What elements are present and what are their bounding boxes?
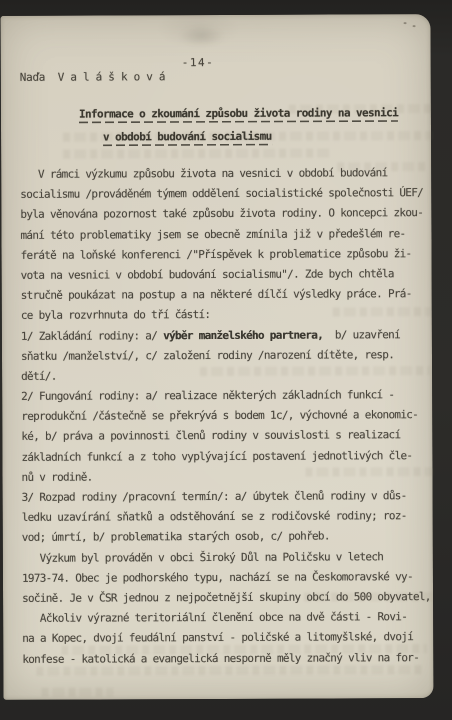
body-line: ké, b/ práva a povinnosti členů rodiny v…: [21, 425, 433, 447]
body-text: mání této problematiky jsem se obecně zm…: [20, 227, 405, 242]
body-text: ferátě na loňské konferenci /"Příspěvek …: [21, 247, 412, 262]
body-text: sňatku /manželství/, c/ založení rodiny …: [21, 348, 394, 363]
bleedthrough-text: [63, 149, 329, 159]
body-text: socialismu /prováděném týmem oddělení so…: [20, 186, 423, 201]
body-line: stručně poukázat na postup a na některé …: [21, 284, 433, 306]
paper-speck: [413, 25, 416, 27]
body-line: sňatku /manželství/, c/ založení rodiny …: [21, 345, 433, 367]
body-line: ledku uzavírání sňatků a odstěhování se …: [22, 506, 434, 528]
body-text: základních funkcí a z toho vyplývající p…: [21, 449, 412, 464]
paper-speck: [404, 22, 407, 24]
body-line: mání této problematiky jsem se obecně zm…: [20, 224, 432, 246]
document-page: -14- Naďa V a l á š k o v á Informace o …: [1, 14, 434, 700]
body-text: reprodukční /částečně se překrývá s bode…: [21, 408, 418, 423]
body-text: vod; úmrtí, b/ problematika starých osob…: [22, 530, 330, 544]
document-title-line-1: Informace o zkoumání způsobu života rodi…: [79, 106, 398, 123]
body-line: 1/ Zakládání rodiny: a/ výběr manželskéh…: [21, 325, 433, 347]
page-number: -14-: [182, 56, 215, 69]
body-text: b/ uzavření: [323, 328, 400, 341]
author-name: Naďa V a l á š k o v á: [20, 70, 165, 84]
body-line: sočině. Je v ČSR jednou z nejpočetnější …: [22, 587, 434, 609]
body-text: 1/ Zakládání rodiny: a/: [21, 329, 163, 343]
body-line: konfese - katolická a evangelická nespor…: [22, 648, 434, 670]
body-text: vota na vesnici v období budování social…: [21, 267, 394, 282]
body-line: socialismu /prováděném týmem oddělení so…: [20, 183, 432, 205]
body-line: na a Kopec, dvojí feudální panství - pol…: [22, 627, 434, 649]
body-text: 1973-74. Obec je podhorského typu, nachá…: [22, 570, 413, 585]
body-line: Výzkum byl prováděn v obci Široký Důl na…: [22, 547, 434, 569]
body-text: nů v rodině.: [21, 470, 92, 483]
body-line: nů v rodině.: [21, 466, 433, 488]
body-text: konfese - katolická a evangelická nespor…: [22, 651, 419, 666]
body-line: byla věnována pozornost také způsobu živ…: [20, 203, 432, 225]
body-line: Ačkoliv výrazné teritoriální členění obc…: [22, 607, 434, 629]
body-line: ce byla rozvrhnuta do tří částí:: [21, 304, 433, 326]
body-text: V rámci výzkumu způsobu života na vesnic…: [20, 166, 387, 181]
body-line: základních funkcí a z toho vyplývající p…: [21, 446, 433, 468]
body-text: Ačkoliv výrazné teritoriální členění obc…: [22, 610, 407, 625]
paper-stain: [179, 26, 225, 46]
document-body: V rámci výzkumu způsobu života na vesnic…: [20, 163, 434, 669]
body-text: byla věnována pozornost také způsobu živ…: [20, 206, 423, 221]
scan-background: -14- Naďa V a l á š k o v á Informace o …: [0, 0, 452, 720]
body-text: ké, b/ práva a povinnosti členů rodiny v…: [21, 429, 400, 444]
body-line: 3/ Rozpad rodiny /pracovní termín/: a/ ú…: [22, 486, 434, 508]
title-underlined-text: Informace o zkoumání způsobu života rodi…: [79, 106, 398, 123]
title-underlined-text: v období budování socialismu: [103, 130, 272, 147]
body-text: sočině. Je v ČSR jednou z nejpočetnější …: [22, 590, 431, 605]
body-line: 2/ Fungování rodiny: a/ realizace někter…: [21, 385, 433, 407]
body-text: stručně poukázat na postup a na některé …: [21, 287, 412, 302]
body-line: dětí/.: [21, 365, 433, 387]
body-text: dětí/.: [21, 370, 57, 383]
body-text: 3/ Rozpad rodiny /pracovní termín/: a/ ú…: [22, 489, 407, 504]
body-text: na a Kopec, dvojí feudální panství - pol…: [22, 630, 413, 645]
body-line: vota na vesnici v období budování social…: [21, 264, 433, 286]
body-line: vod; úmrtí, b/ problematika starých osob…: [22, 526, 434, 548]
body-line: reprodukční /částečně se překrývá s bode…: [21, 405, 433, 427]
bleedthrough-text: [41, 687, 113, 696]
body-text: ledku uzavírání sňatků a odstěhování se …: [22, 509, 407, 524]
body-line: ferátě na loňské konferenci /"Příspěvek …: [21, 244, 433, 266]
body-line: 1973-74. Obec je podhorského typu, nachá…: [22, 567, 434, 589]
body-text: Výzkum byl prováděn v obci Široký Důl na…: [22, 550, 383, 565]
document-title-line-2: v období budování socialismu: [103, 130, 272, 147]
body-line: V rámci výzkumu způsobu života na vesnic…: [20, 163, 432, 185]
body-text-emphasis: výběr manželského partnera,: [163, 328, 323, 342]
body-text: 2/ Fungování rodiny: a/ realizace někter…: [21, 388, 394, 403]
body-text: ce byla rozvrhnuta do tří částí:: [21, 308, 211, 322]
